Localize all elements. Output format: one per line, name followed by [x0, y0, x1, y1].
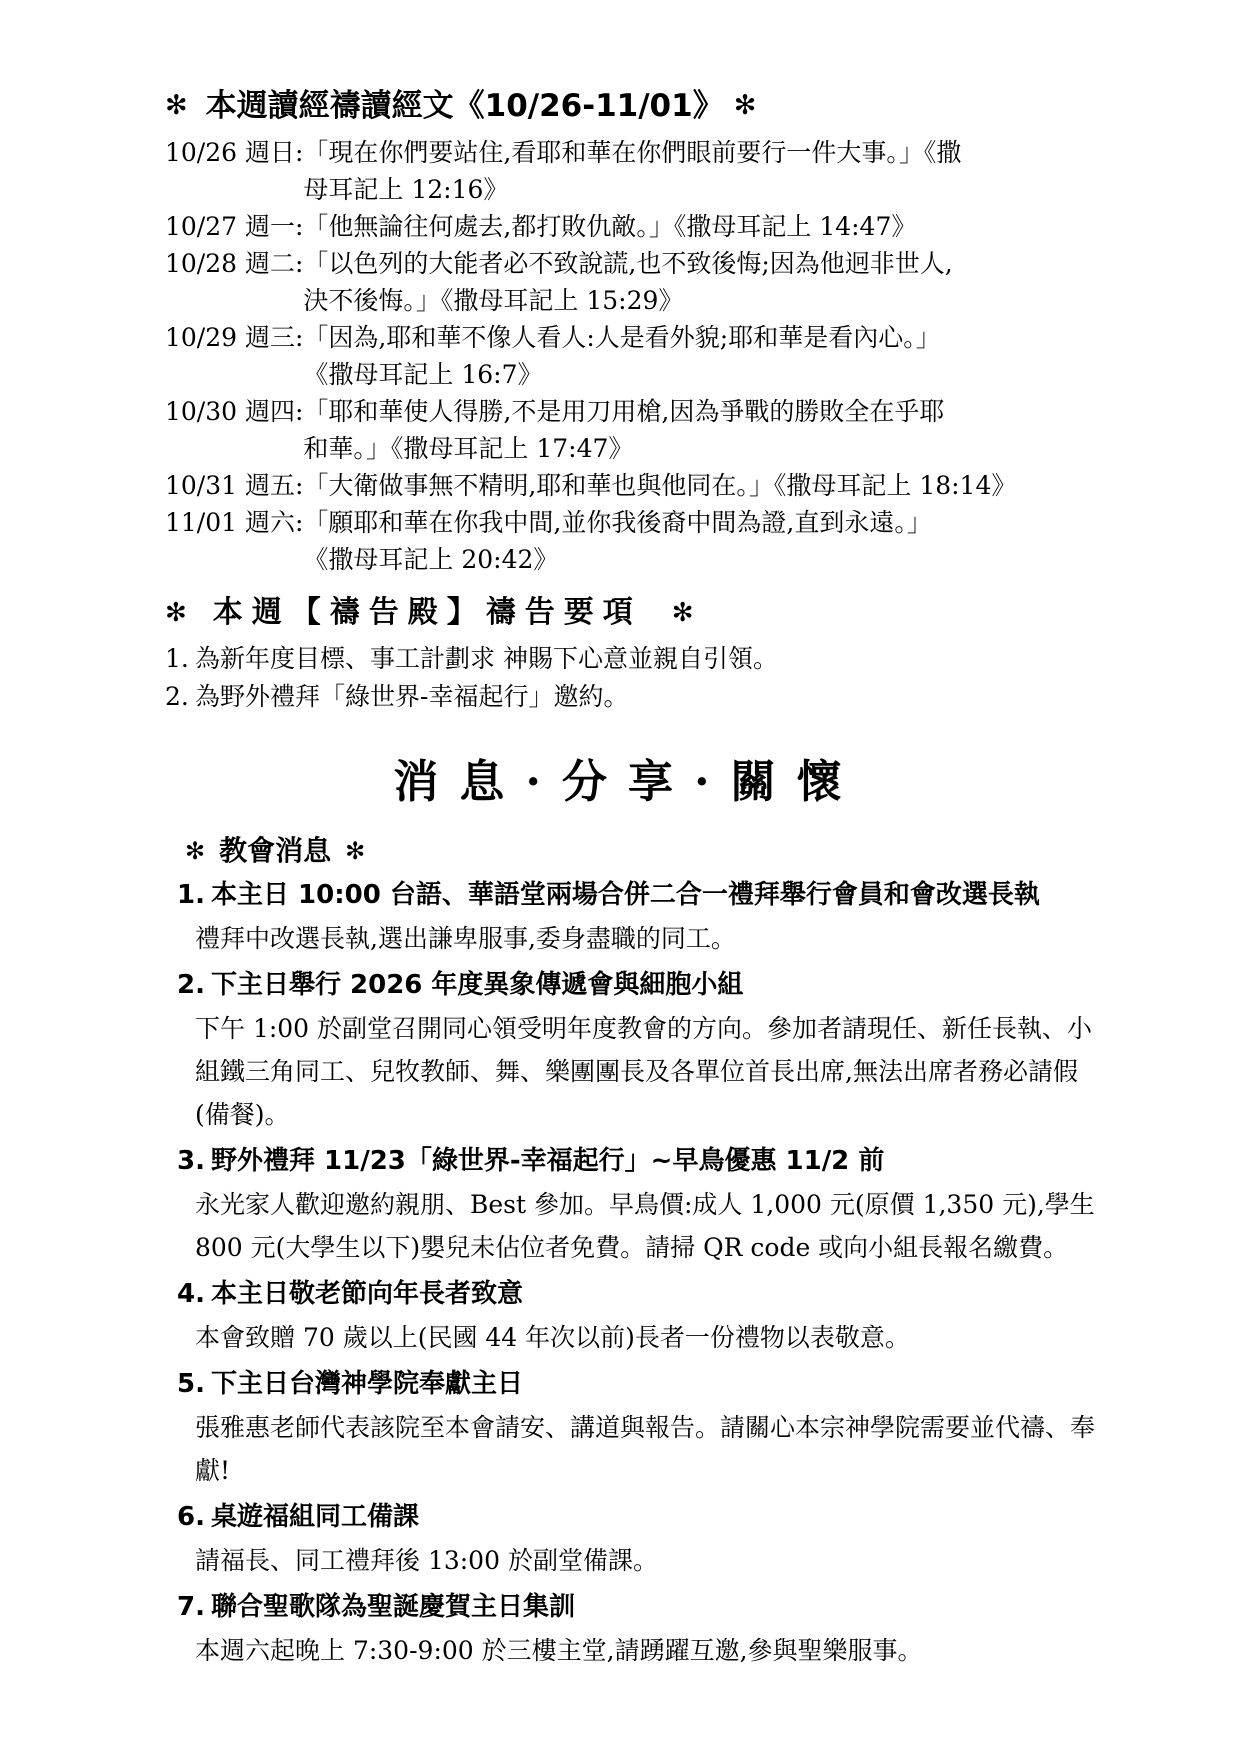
- page-title: 消息·分享·關懷: [165, 754, 1091, 810]
- news-item-title: 野外禮拜 11/23「綠世界-幸福起行」~早鳥優惠 11/2 前: [211, 1140, 884, 1183]
- scripture-entry: 10/29 週三: 「因為,耶和華不像人看人:人是看外貌;耶和華是看內心。」 《…: [165, 319, 1151, 393]
- scripture-list: 10/26 週日: 「現在你們要站住,看耶和華在你們眼前要行一件大事。」《撒 母…: [165, 134, 1151, 578]
- news-item-title: 下主日舉行 2026 年度異象傳遞會與細胞小組: [211, 964, 743, 1007]
- news-section-title: 教會消息: [219, 830, 331, 872]
- news-item-title: 聯合聖歌隊為聖誕慶賀主日集訓: [211, 1586, 575, 1629]
- scripture-line: 「願耶和華在你我中間,並你我後裔中間為證,直到永遠。」: [303, 504, 931, 541]
- news-item-title: 本主日敬老節向年長者致意: [211, 1273, 523, 1316]
- news-item-number: 5.: [177, 1363, 205, 1406]
- news-item: 3. 野外禮拜 11/23「綠世界-幸福起行」~早鳥優惠 11/2 前 永光家人…: [165, 1140, 1151, 1269]
- news-item-number: 3.: [177, 1140, 205, 1183]
- news-item: 4. 本主日敬老節向年長者致意 本會致贈 70 歲以上(民國 44 年次以前)長…: [165, 1273, 1151, 1359]
- scripture-line: 《撒母耳記上 20:42》: [303, 541, 931, 578]
- prayer-list: 1. 為新年度目標、事工計劃求 神賜下心意並親自引領。 2. 為野外禮拜「綠世界…: [165, 640, 1151, 716]
- scripture-line: 「他無論往何處去,都打敗仇敵。」《撒母耳記上 14:47》: [303, 208, 916, 245]
- news-item-title: 本主日 10:00 台語、華語堂兩場合併二合一禮拜舉行會員和會改選長執: [211, 874, 1040, 917]
- news-section-heading: ✻ 教會消息 ✻: [185, 830, 1151, 872]
- news-item-content: 本會致贈 70 歲以上(民國 44 年次以前)長者一份禮物以表敬意。: [195, 1316, 1100, 1359]
- scripture-line: 決不後悔。」《撒母耳記上 15:29》: [303, 282, 952, 319]
- scripture-entry: 11/01 週六: 「願耶和華在你我中間,並你我後裔中間為證,直到永遠。」 《撒…: [165, 504, 1151, 578]
- scripture-line: 「因為,耶和華不像人看人:人是看外貌;耶和華是看內心。」: [303, 319, 940, 356]
- prayer-item-text: 為新年度目標、事工計劃求 神賜下心意並親自引領。: [195, 640, 778, 678]
- scripture-text: 「以色列的大能者必不致說謊,也不致後悔;因為他迥非世人, 決不後悔。」《撒母耳記…: [303, 245, 952, 319]
- scripture-line: 「以色列的大能者必不致說謊,也不致後悔;因為他迥非世人,: [303, 245, 952, 282]
- scripture-date-label: 10/29 週三:: [165, 319, 303, 393]
- news-item-content: 本週六起晚上 7:30-9:00 於三樓主堂,請踴躍互邀,參與聖樂服事。: [195, 1629, 1100, 1672]
- news-item: 2. 下主日舉行 2026 年度異象傳遞會與細胞小組 下午 1:00 於副堂召開…: [165, 964, 1151, 1136]
- scripture-entry: 10/26 週日: 「現在你們要站住,看耶和華在你們眼前要行一件大事。」《撒 母…: [165, 134, 1151, 208]
- news-list: 1. 本主日 10:00 台語、華語堂兩場合併二合一禮拜舉行會員和會改選長執 禮…: [165, 874, 1151, 1672]
- scripture-entry: 10/28 週二: 「以色列的大能者必不致說謊,也不致後悔;因為他迥非世人, 決…: [165, 245, 1151, 319]
- flower-icon: ✻: [165, 592, 187, 634]
- scripture-section-title: 本週讀經禱讀經文《10/26-11/01》: [206, 86, 724, 126]
- scripture-line: 「耶和華使人得勝,不是用刀用槍,因為爭戰的勝敗全在乎耶: [303, 393, 944, 430]
- news-item-content: 下午 1:00 於副堂召開同心領受明年度教會的方向。參加者請現任、新任長執、小組…: [195, 1007, 1100, 1136]
- flower-icon: ✻: [345, 830, 365, 872]
- prayer-item-number: 2.: [165, 678, 195, 716]
- scripture-line: 母耳記上 12:16》: [303, 171, 961, 208]
- scripture-section-heading: ✻ 本週讀經禱讀經文《10/26-11/01》 ✻: [165, 86, 1151, 126]
- news-item-title-row: 7. 聯合聖歌隊為聖誕慶賀主日集訓: [165, 1586, 1151, 1629]
- flower-icon: ✻: [185, 830, 205, 872]
- scripture-date-label: 10/27 週一:: [165, 208, 303, 245]
- scripture-date-label: 10/28 週二:: [165, 245, 303, 319]
- prayer-section-heading: ✻ 本週【禱告殿】禱告要項 ✻: [165, 592, 1151, 634]
- prayer-section-title: 本週【禱告殿】禱告要項: [213, 592, 642, 634]
- scripture-line: 「大衛做事無不精明,耶和華也與他同在。」《撒母耳記上 18:14》: [303, 467, 1016, 504]
- scripture-text: 「因為,耶和華不像人看人:人是看外貌;耶和華是看內心。」 《撒母耳記上 16:7…: [303, 319, 940, 393]
- scripture-date-label: 10/30 週四:: [165, 393, 303, 467]
- news-item: 1. 本主日 10:00 台語、華語堂兩場合併二合一禮拜舉行會員和會改選長執 禮…: [165, 874, 1151, 960]
- scripture-entry: 10/30 週四: 「耶和華使人得勝,不是用刀用槍,因為爭戰的勝敗全在乎耶 和華…: [165, 393, 1151, 467]
- news-item: 6. 桌遊福組同工備課 請福長、同工禮拜後 13:00 於副堂備課。: [165, 1496, 1151, 1582]
- prayer-item-text: 為野外禮拜「綠世界-幸福起行」邀約。: [195, 678, 628, 716]
- scripture-date-label: 10/31 週五:: [165, 467, 303, 504]
- scripture-text: 「願耶和華在你我中間,並你我後裔中間為證,直到永遠。」 《撒母耳記上 20:42…: [303, 504, 931, 578]
- scripture-date-label: 10/26 週日:: [165, 134, 303, 208]
- scripture-line: 《撒母耳記上 16:7》: [303, 356, 940, 393]
- news-item: 7. 聯合聖歌隊為聖誕慶賀主日集訓 本週六起晚上 7:30-9:00 於三樓主堂…: [165, 1586, 1151, 1672]
- news-item-title-row: 1. 本主日 10:00 台語、華語堂兩場合併二合一禮拜舉行會員和會改選長執: [165, 874, 1151, 917]
- news-item-number: 4.: [177, 1273, 205, 1316]
- bulletin-page: ✻ 本週讀經禱讀經文《10/26-11/01》 ✻ 10/26 週日: 「現在你…: [0, 0, 1241, 1672]
- news-item-title: 下主日台灣神學院奉獻主日: [211, 1363, 523, 1406]
- scripture-date-label: 11/01 週六:: [165, 504, 303, 578]
- prayer-item-number: 1.: [165, 640, 195, 678]
- flower-icon: ✻: [734, 86, 757, 126]
- news-item-content: 請福長、同工禮拜後 13:00 於副堂備課。: [195, 1539, 1100, 1582]
- news-item-content: 禮拜中改選長執,選出謙卑服事,委身盡職的同工。: [195, 917, 1100, 960]
- news-item-number: 1.: [177, 874, 205, 917]
- scripture-entry: 10/27 週一: 「他無論往何處去,都打敗仇敵。」《撒母耳記上 14:47》: [165, 208, 1151, 245]
- prayer-item: 1. 為新年度目標、事工計劃求 神賜下心意並親自引領。: [165, 640, 1151, 678]
- scripture-text: 「耶和華使人得勝,不是用刀用槍,因為爭戰的勝敗全在乎耶 和華。」《撒母耳記上 1…: [303, 393, 944, 467]
- flower-icon: ✻: [672, 592, 694, 634]
- news-item-title: 桌遊福組同工備課: [211, 1496, 419, 1539]
- news-item-number: 7.: [177, 1586, 205, 1629]
- scripture-entry: 10/31 週五: 「大衛做事無不精明,耶和華也與他同在。」《撒母耳記上 18:…: [165, 467, 1151, 504]
- scripture-line: 「現在你們要站住,看耶和華在你們眼前要行一件大事。」《撒: [303, 134, 961, 171]
- news-item-title-row: 4. 本主日敬老節向年長者致意: [165, 1273, 1151, 1316]
- news-item-number: 6.: [177, 1496, 205, 1539]
- scripture-text: 「現在你們要站住,看耶和華在你們眼前要行一件大事。」《撒 母耳記上 12:16》: [303, 134, 961, 208]
- news-item-content: 張雅惠老師代表該院至本會請安、講道與報告。請關心本宗神學院需要並代禱、奉獻!: [195, 1406, 1100, 1492]
- prayer-item: 2. 為野外禮拜「綠世界-幸福起行」邀約。: [165, 678, 1151, 716]
- news-item-number: 2.: [177, 964, 205, 1007]
- news-item-title-row: 5. 下主日台灣神學院奉獻主日: [165, 1363, 1151, 1406]
- flower-icon: ✻: [165, 86, 188, 126]
- scripture-text: 「大衛做事無不精明,耶和華也與他同在。」《撒母耳記上 18:14》: [303, 467, 1016, 504]
- news-item-title-row: 6. 桌遊福組同工備課: [165, 1496, 1151, 1539]
- news-item-title-row: 2. 下主日舉行 2026 年度異象傳遞會與細胞小組: [165, 964, 1151, 1007]
- news-item-title-row: 3. 野外禮拜 11/23「綠世界-幸福起行」~早鳥優惠 11/2 前: [165, 1140, 1151, 1183]
- scripture-line: 和華。」《撒母耳記上 17:47》: [303, 430, 944, 467]
- scripture-text: 「他無論往何處去,都打敗仇敵。」《撒母耳記上 14:47》: [303, 208, 916, 245]
- news-item: 5. 下主日台灣神學院奉獻主日 張雅惠老師代表該院至本會請安、講道與報告。請關心…: [165, 1363, 1151, 1492]
- news-item-content: 永光家人歡迎邀約親朋、Best 參加。早鳥價:成人 1,000 元(原價 1,3…: [195, 1183, 1100, 1269]
